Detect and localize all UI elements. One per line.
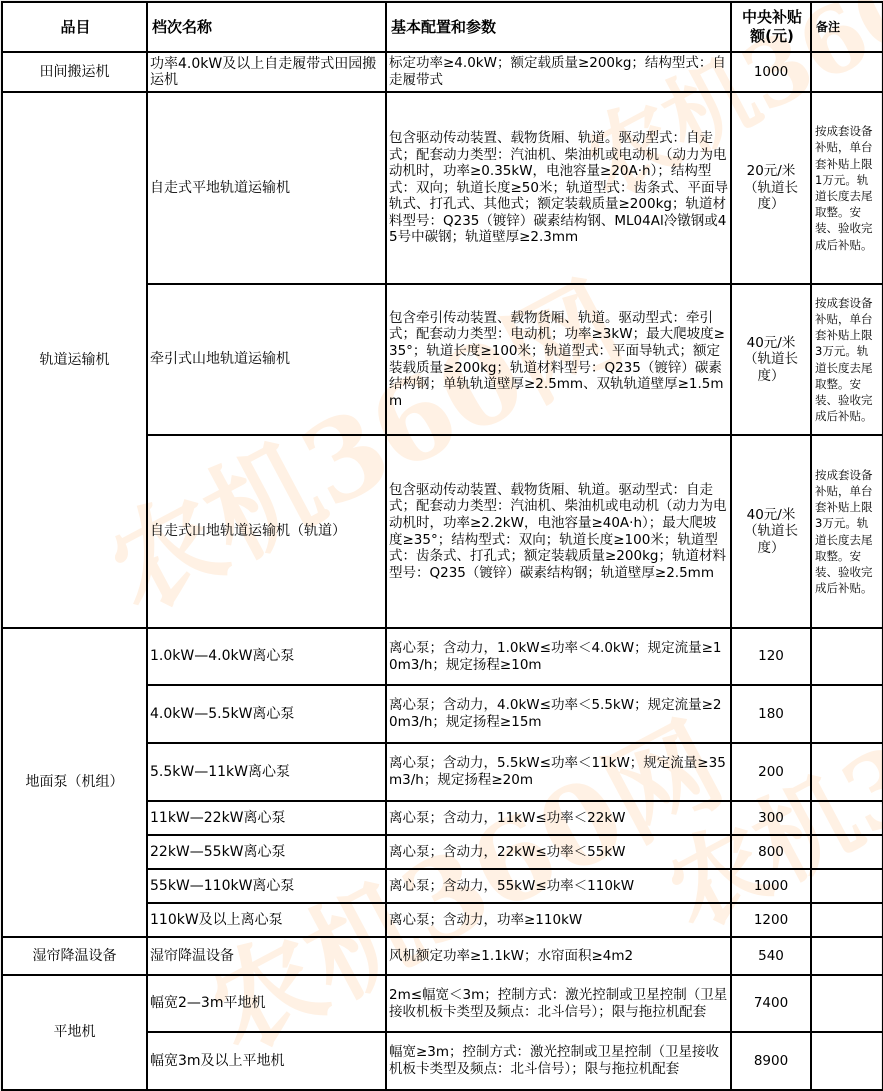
cell-grade[interactable]: 4.0kW—5.5kW离心泵 [147,685,386,743]
cell-grade[interactable]: 11kW—22kW离心泵 [147,801,386,835]
header-subsidy[interactable]: 中央补贴额(元) [731,2,811,52]
cell-subsidy[interactable]: 180 [731,685,811,743]
header-spec[interactable]: 基本配置和参数 [386,2,731,52]
cell-spec[interactable]: 风机额定功率≥1.1kW；水帘面积≥4m2 [386,937,731,975]
cell-category[interactable]: 地面泵（机组） [2,628,147,937]
cell-grade[interactable]: 幅宽2—3m平地机 [147,975,386,1032]
cell-note[interactable]: 按成套设备补贴，单台套补贴上限3万元。轨道长度去尾取整。安装、验收完成后补贴。 [811,284,883,435]
cell-spec[interactable]: 离心泵；含动力，22kW≤功率＜55kW [386,835,731,869]
cell-spec[interactable]: 离心泵；含动力，4.0kW≤功率＜5.5kW；规定流量≥20m3/h；规定扬程≥… [386,685,731,743]
cell-spec[interactable]: 离心泵；含动力，功率≥110kW [386,903,731,937]
cell-spec[interactable]: 包含牵引传动装置、载物货厢、轨道。驱动型式：牵引式；配套动力类型：电动机；功率≥… [386,284,731,435]
cell-grade[interactable]: 湿帘降温设备 [147,937,386,975]
cell-grade[interactable]: 功率4.0kW及以上自走履带式田园搬运机 [147,52,386,92]
cell-subsidy[interactable]: 1000 [731,869,811,903]
cell-subsidy[interactable]: 8900 [731,1032,811,1090]
cell-grade[interactable]: 5.5kW—11kW离心泵 [147,743,386,801]
cell-category[interactable]: 平地机 [2,975,147,1090]
header-row: 品目 档次名称 基本配置和参数 中央补贴额(元) 备注 [2,2,883,52]
cell-note[interactable] [811,801,883,835]
cell-grade[interactable]: 22kW—55kW离心泵 [147,835,386,869]
cell-note[interactable] [811,835,883,869]
cell-spec[interactable]: 离心泵；含动力，1.0kW≤功率＜4.0kW；规定流量≥10m3/h；规定扬程≥… [386,628,731,685]
table-row: 田间搬运机 功率4.0kW及以上自走履带式田园搬运机 标定功率≥4.0kW；额定… [2,52,883,92]
header-category[interactable]: 品目 [2,2,147,52]
cell-subsidy[interactable]: 200 [731,743,811,801]
table-row: 湿帘降温设备 湿帘降温设备 风机额定功率≥1.1kW；水帘面积≥4m2 540 [2,937,883,975]
cell-subsidy[interactable]: 40元/米（轨道长度） [731,284,811,435]
cell-spec[interactable]: 离心泵；含动力，5.5kW≤功率＜11kW；规定流量≥35m3/h；规定扬程≥2… [386,743,731,801]
table-row: 平地机 幅宽2—3m平地机 2m≤幅宽＜3m；控制方式：激光控制或卫星控制（卫星… [2,975,883,1032]
cell-grade[interactable]: 自走式平地轨道运输机 [147,92,386,284]
cell-note[interactable] [811,743,883,801]
cell-spec[interactable]: 2m≤幅宽＜3m；控制方式：激光控制或卫星控制（卫星接收机板卡类型及频点：北斗信… [386,975,731,1032]
cell-grade[interactable]: 55kW—110kW离心泵 [147,869,386,903]
cell-grade[interactable]: 110kW及以上离心泵 [147,903,386,937]
cell-subsidy[interactable]: 300 [731,801,811,835]
cell-spec[interactable]: 幅宽≥3m；控制方式：激光控制或卫星控制（卫星接收机板卡类型及频点：北斗信号）；… [386,1032,731,1090]
cell-subsidy[interactable]: 7400 [731,975,811,1032]
cell-subsidy[interactable]: 120 [731,628,811,685]
cell-category[interactable]: 田间搬运机 [2,52,147,92]
cell-note[interactable] [811,52,883,92]
cell-note[interactable] [811,1032,883,1090]
cell-grade[interactable]: 自走式山地轨道运输机（轨道） [147,435,386,628]
cell-subsidy[interactable]: 800 [731,835,811,869]
cell-category[interactable]: 轨道运输机 [2,92,147,628]
table-row: 地面泵（机组） 1.0kW—4.0kW离心泵 离心泵；含动力，1.0kW≤功率＜… [2,628,883,685]
cell-note[interactable] [811,869,883,903]
cell-grade[interactable]: 牵引式山地轨道运输机 [147,284,386,435]
cell-spec[interactable]: 标定功率≥4.0kW；额定载质量≥200kg；结构型式：自走履带式 [386,52,731,92]
cell-category[interactable]: 湿帘降温设备 [2,937,147,975]
cell-note[interactable] [811,903,883,937]
cell-subsidy[interactable]: 1000 [731,52,811,92]
table-row: 轨道运输机 自走式平地轨道运输机 包含驱动传动装置、载物货厢、轨道。驱动型式：自… [2,92,883,284]
cell-note[interactable]: 按成套设备补贴，单台套补贴上限3万元。轨道长度去尾取整。安装、验收完成后补贴。 [811,435,883,628]
cell-spec[interactable]: 离心泵；含动力，55kW≤功率＜110kW [386,869,731,903]
cell-subsidy[interactable]: 40元/米（轨道长度） [731,435,811,628]
cell-subsidy[interactable]: 1200 [731,903,811,937]
cell-subsidy[interactable]: 20元/米（轨道长度） [731,92,811,284]
subsidy-table: 品目 档次名称 基本配置和参数 中央补贴额(元) 备注 田间搬运机 功率4.0k… [1,1,883,1091]
cell-grade[interactable]: 1.0kW—4.0kW离心泵 [147,628,386,685]
header-note[interactable]: 备注 [811,2,883,52]
cell-note[interactable] [811,685,883,743]
cell-note[interactable]: 按成套设备补贴，单台套补贴上限1万元。轨道长度去尾取整。安装、验收完成后补贴。 [811,92,883,284]
cell-note[interactable] [811,937,883,975]
cell-grade[interactable]: 幅宽3m及以上平地机 [147,1032,386,1090]
cell-spec[interactable]: 包含驱动传动装置、载物货厢、轨道。驱动型式：自走式；配套动力类型：汽油机、柴油机… [386,435,731,628]
cell-spec[interactable]: 包含驱动传动装置、载物货厢、轨道。驱动型式：自走式；配套动力类型：汽油机、柴油机… [386,92,731,284]
cell-spec[interactable]: 离心泵；含动力，11kW≤功率＜22kW [386,801,731,835]
header-grade[interactable]: 档次名称 [147,2,386,52]
cell-subsidy[interactable]: 540 [731,937,811,975]
cell-note[interactable] [811,975,883,1032]
cell-note[interactable] [811,628,883,685]
spreadsheet-sheet: 农机360网 农机360网 农机360网 农机360网 品目 档次名称 基本配置… [1,1,881,1089]
